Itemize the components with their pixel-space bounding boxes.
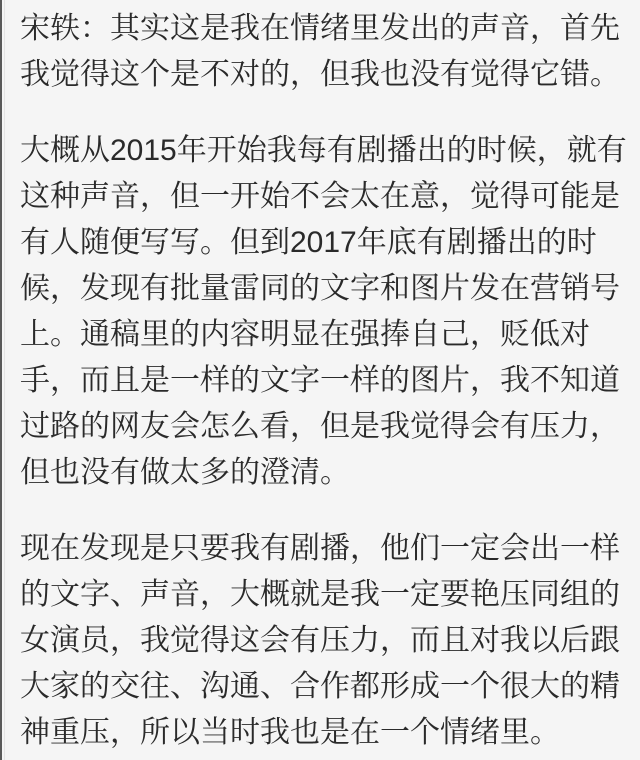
article-text-block: 宋轶：其实这是我在情绪里发出的声音，首先 我觉得这个是不对的，但我也没有觉得它错… (0, 0, 640, 756)
paragraph-1: 宋轶：其实这是我在情绪里发出的声音，首先 我觉得这个是不对的，但我也没有觉得它错… (20, 6, 622, 98)
paragraph-3: 现在发现是只要我有剧播，他们一定会出一样 的文字、声音，大概就是我一定要艳压同组… (20, 526, 622, 756)
paragraph-2: 大概从2015年开始我每有剧播出的时候，就有 这种声音，但一开始不会太在意，觉得… (20, 128, 622, 496)
